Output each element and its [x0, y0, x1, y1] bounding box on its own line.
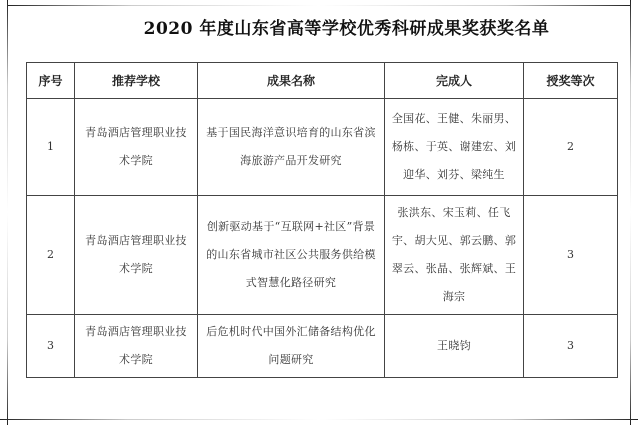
document-title: 2020 年度山东省高等学校优秀科研成果奖获奖名单 — [0, 14, 638, 39]
school-text: 青岛酒店管理职业技术学院 — [80, 318, 192, 374]
school-text: 青岛酒店管理职业技术学院 — [80, 119, 192, 175]
cell-authors: 张洪东、宋玉莉、任飞宇、胡大见、郭云鹏、郭翠云、张晶、张辉斌、王海宗 — [385, 196, 524, 315]
title-text: 基于国民海洋意识培育的山东省滨海旅游产品开发研究 — [203, 119, 379, 175]
cell-school: 青岛酒店管理职业技术学院 — [75, 196, 198, 315]
cell-title: 基于国民海洋意识培育的山东省滨海旅游产品开发研究 — [198, 99, 385, 196]
authors-text: 王晓钧 — [437, 332, 471, 360]
table-row: 1 青岛酒店管理职业技术学院 基于国民海洋意识培育的山东省滨海旅游产品开发研究 … — [27, 99, 618, 196]
title-text: 创新驱动基于“互联网+社区”背景的山东省城市社区公共服务供给模式智慧化路径研究 — [203, 213, 379, 297]
cell-no: 1 — [27, 99, 75, 196]
cell-title: 创新驱动基于“互联网+社区”背景的山东省城市社区公共服务供给模式智慧化路径研究 — [198, 196, 385, 315]
authors-text: 张洪东、宋玉莉、任飞宇、胡大见、郭云鹏、郭翠云、张晶、张辉斌、王海宗 — [390, 199, 518, 311]
header-title: 成果名称 — [198, 63, 385, 99]
header-school: 推荐学校 — [75, 63, 198, 99]
table-row: 3 青岛酒店管理职业技术学院 后危机时代中国外汇储备结构优化问题研究 王晓钧 3 — [27, 315, 618, 378]
cell-authors: 王晓钧 — [385, 315, 524, 378]
authors-text: 全国花、王健、朱丽男、杨栋、于英、谢建宏、刘迎华、刘芬、梁纯生 — [390, 105, 518, 189]
cell-no: 2 — [27, 196, 75, 315]
table-row: 2 青岛酒店管理职业技术学院 创新驱动基于“互联网+社区”背景的山东省城市社区公… — [27, 196, 618, 315]
frame-border-right — [630, 0, 631, 425]
frame-border-bottom — [0, 419, 638, 420]
header-authors: 完成人 — [385, 63, 524, 99]
school-text: 青岛酒店管理职业技术学院 — [80, 227, 192, 283]
title-text: 后危机时代中国外汇储备结构优化问题研究 — [203, 318, 379, 374]
frame-border-top — [7, 5, 631, 6]
cell-level: 3 — [524, 315, 618, 378]
header-level: 授奖等次 — [524, 63, 618, 99]
cell-no: 3 — [27, 315, 75, 378]
cell-school: 青岛酒店管理职业技术学院 — [75, 99, 198, 196]
cell-title: 后危机时代中国外汇储备结构优化问题研究 — [198, 315, 385, 378]
frame-border-left — [7, 0, 8, 425]
table-header-row: 序号 推荐学校 成果名称 完成人 授奖等次 — [27, 63, 618, 99]
header-no: 序号 — [27, 63, 75, 99]
cell-authors: 全国花、王健、朱丽男、杨栋、于英、谢建宏、刘迎华、刘芬、梁纯生 — [385, 99, 524, 196]
cell-level: 3 — [524, 196, 618, 315]
cell-level: 2 — [524, 99, 618, 196]
award-list-table: 序号 推荐学校 成果名称 完成人 授奖等次 1 青岛酒店管理职业技术学院 基于国… — [26, 62, 618, 378]
cell-school: 青岛酒店管理职业技术学院 — [75, 315, 198, 378]
